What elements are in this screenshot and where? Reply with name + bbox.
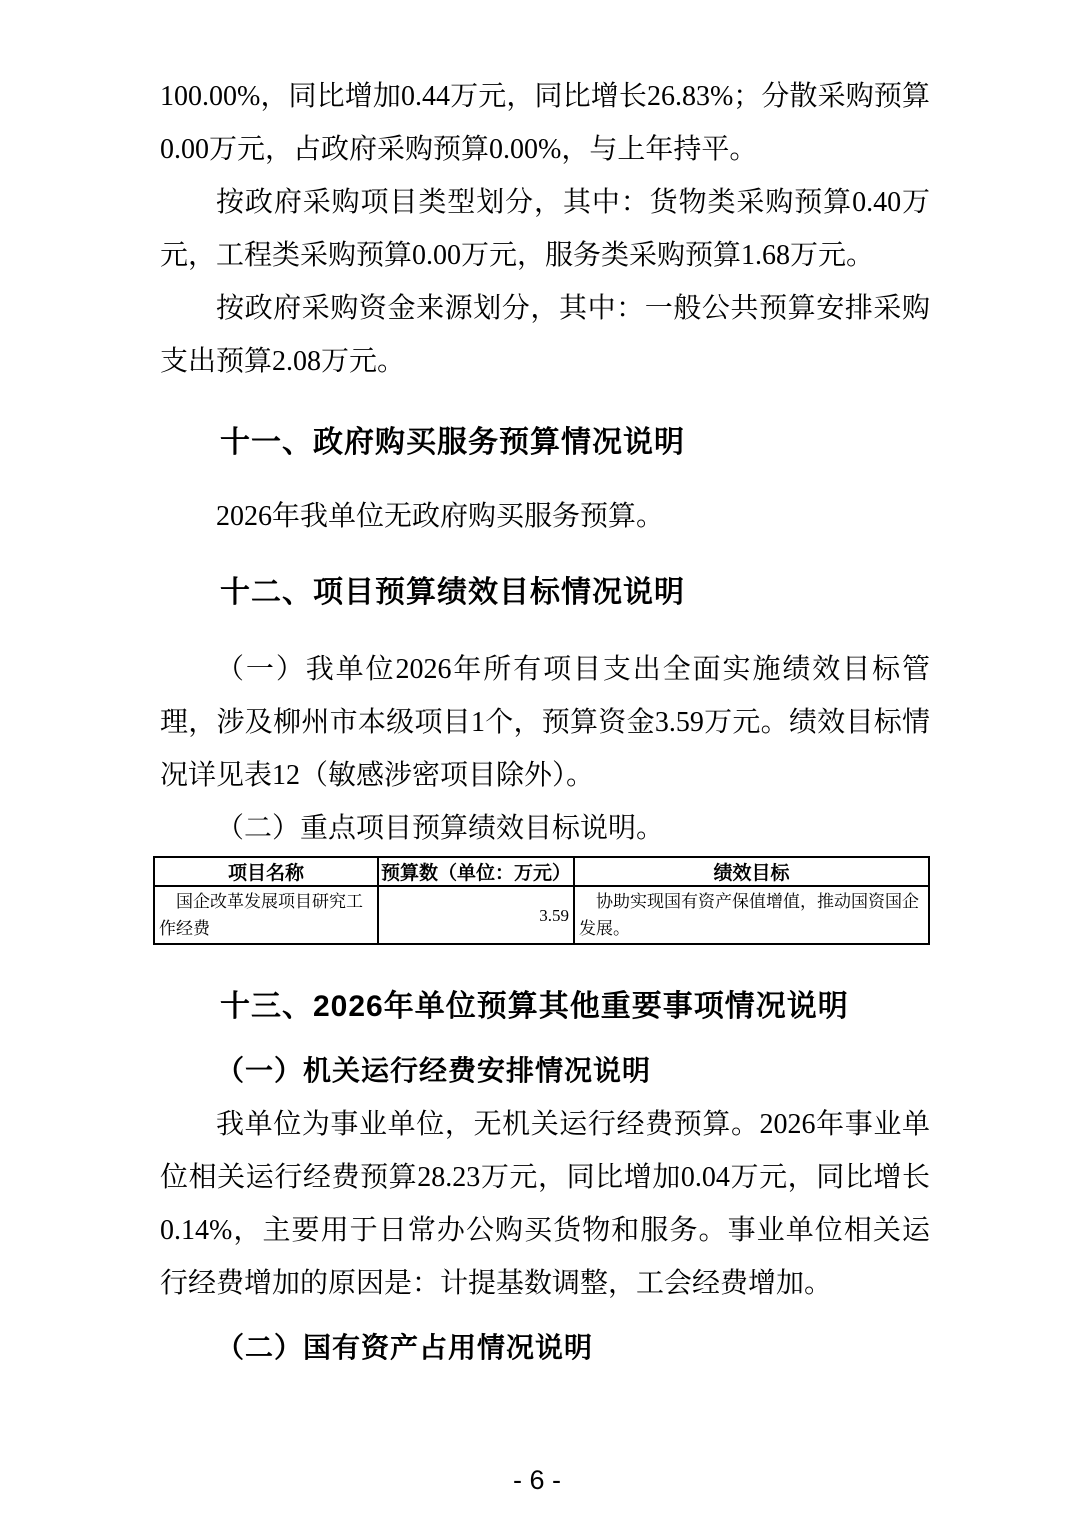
table-header-row: 项目名称 预算数（单位：万元） 绩效目标	[154, 857, 929, 886]
paragraph-section-11-body: 2026年我单位无政府购买服务预算。	[160, 490, 930, 543]
document-page: 100.00%，同比增加0.44万元，同比增长26.83%；分散采购预算0.00…	[0, 0, 1074, 1520]
performance-target-table: 项目名称 预算数（单位：万元） 绩效目标 国企改革发展项目研究工作经费 3.59…	[153, 856, 930, 945]
column-header-budget-amount: 预算数（单位：万元）	[378, 857, 574, 886]
section-13-title: 十三、2026年单位预算其他重要事项情况说明	[160, 980, 930, 1033]
paragraph-section-13-sub1-body: 我单位为事业单位，无机关运行经费预算。2026年事业单位相关运行经费预算28.2…	[160, 1098, 930, 1310]
section-12-title: 十二、项目预算绩效目标情况说明	[160, 566, 930, 619]
paragraph-section-12-item2: （二）重点项目预算绩效目标说明。	[160, 802, 930, 855]
section-13-sub1-title: （一）机关运行经费安排情况说明	[160, 1045, 930, 1098]
cell-project-name: 国企改革发展项目研究工作经费	[154, 886, 378, 944]
page-number: - 6 -	[0, 1465, 1074, 1496]
paragraph-procurement-by-type: 按政府采购项目类型划分，其中：货物类采购预算0.40万元，工程类采购预算0.00…	[160, 176, 930, 282]
column-header-project-name: 项目名称	[154, 857, 378, 886]
section-13-sub2-title: （二）国有资产占用情况说明	[160, 1322, 930, 1375]
section-11-title: 十一、政府购买服务预算情况说明	[160, 416, 930, 469]
table-row: 国企改革发展项目研究工作经费 3.59 协助实现国有资产保值增值，推动国资国企发…	[154, 886, 929, 944]
cell-budget-amount: 3.59	[378, 886, 574, 944]
page-content: 100.00%，同比增加0.44万元，同比增长26.83%；分散采购预算0.00…	[160, 70, 930, 1375]
column-header-performance-target: 绩效目标	[574, 857, 929, 886]
cell-performance-target: 协助实现国有资产保值增值，推动国资国企发展。	[574, 886, 929, 944]
paragraph-procurement-continuation: 100.00%，同比增加0.44万元，同比增长26.83%；分散采购预算0.00…	[160, 70, 930, 176]
paragraph-procurement-by-source: 按政府采购资金来源划分，其中：一般公共预算安排采购支出预算2.08万元。	[160, 282, 930, 388]
paragraph-section-12-item1: （一）我单位2026年所有项目支出全面实施绩效目标管理，涉及柳州市本级项目1个，…	[160, 643, 930, 802]
